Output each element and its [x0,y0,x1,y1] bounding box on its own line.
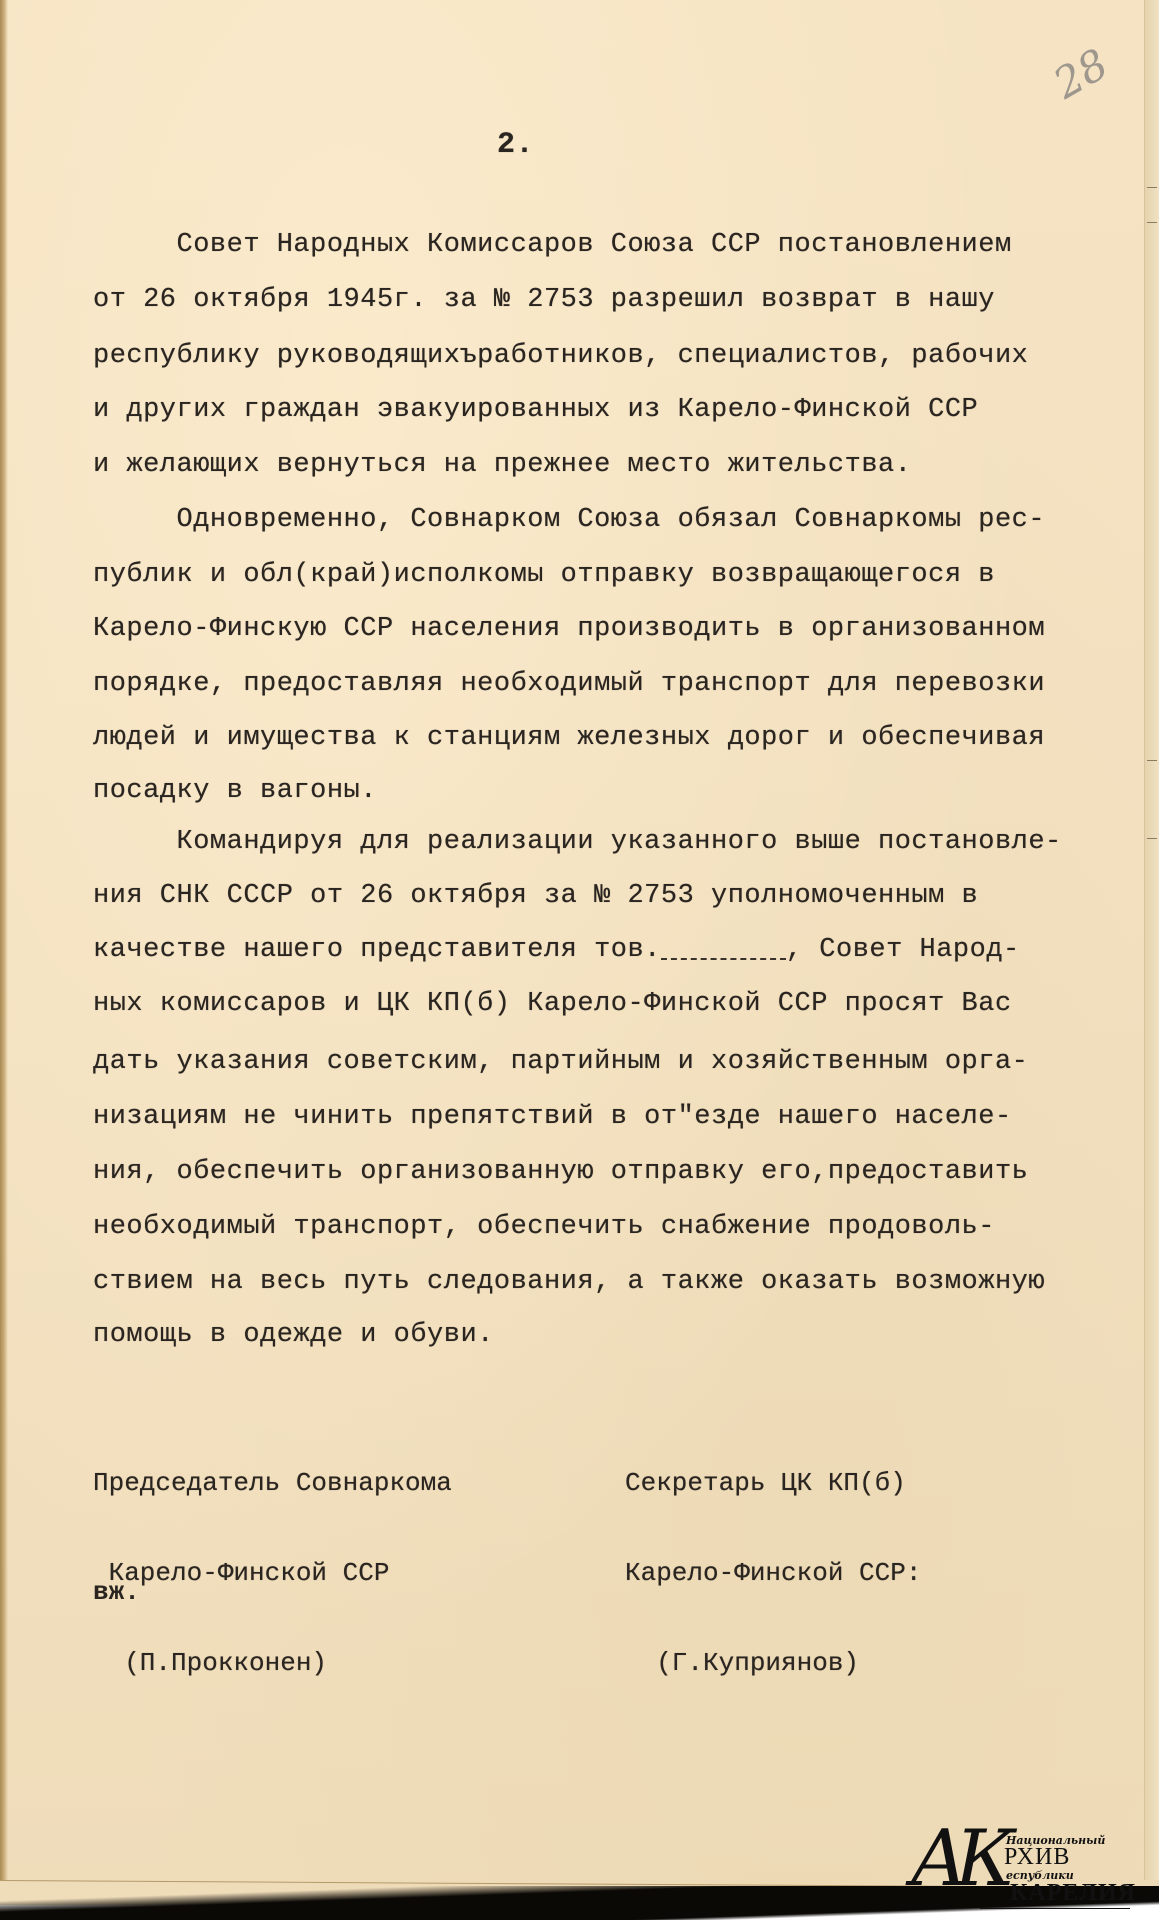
text-line: от 26 октября 1945г. за № 2753 разрешил … [93,280,1103,320]
signatory-name: (Г.Куприянов) [625,1648,921,1678]
logo-underline [980,1908,1130,1909]
text-line: Карело-Финскую ССР населения производить… [93,609,1103,649]
signatory-title: Секретарь ЦК КП(б) [625,1468,921,1498]
archive-monogram-icon: АК [910,1820,1001,1898]
text-line: необходимый транспорт, обеспечить снабже… [93,1207,1103,1247]
text-line: ния, обеспечить организованную отправку … [93,1152,1103,1192]
signatory-org: Карело-Финской ССР [93,1558,452,1588]
text-line: и других граждан эвакуированных из Карел… [93,390,1103,430]
binding-edge [0,0,8,1880]
text-line: ния СНК СССР от 26 октября за № 2753 упо… [93,876,1103,916]
page-number: 2. [497,128,534,162]
signatory-name: (П.Прокконен) [93,1648,452,1678]
signature-block-left: Председатель Совнаркома Карело-Финской С… [93,1408,452,1738]
text-line: порядке, предоставляя необходимый трансп… [93,664,1103,704]
edge-mark [1147,760,1157,761]
text-line: ствием на весь путь следования, а также … [93,1262,1103,1302]
signatory-title: Председатель Совнаркома [93,1468,452,1498]
text-line: и желающих вернуться на прежнее место жи… [93,445,1103,485]
text-line: публик и обл(край)исполкомы отправку воз… [93,555,1103,595]
edge-mark [1147,222,1157,223]
archive-watermark-logo: АК Национальный РХИВ еспублики КАРЕЛИЯ [910,1820,1150,1920]
text-fragment: качестве нашего представителя тов. [93,935,661,965]
text-line: республику руководящихъработников, специ… [93,336,1103,376]
edge-mark [1147,838,1157,839]
text-line: Одновременно, Совнарком Союза обязал Сов… [93,500,1103,540]
text-line: людей и имущества к станциям железных до… [93,718,1103,758]
logo-line-archive: РХИВ [1004,1844,1070,1871]
text-line-with-blank: качестве нашего представителя тов., Сове… [93,930,1103,970]
handwritten-folio-number: 28 [1045,41,1128,135]
blank-name-field [661,956,786,960]
document-page: 28 2. Совет Народных Комиссаров Союза СС… [0,0,1159,1905]
adjacent-page-edge [1144,0,1159,1880]
text-line: дать указания советским, партийным и хоз… [93,1042,1103,1082]
edge-mark [1147,187,1157,188]
text-line: помощь в одежде и обуви. [93,1315,1103,1355]
signature-block-right: Секретарь ЦК КП(б) Карело-Финской ССР: (… [625,1408,921,1738]
signatory-org: Карело-Финской ССР: [625,1558,921,1588]
text-line: ных комиссаров и ЦК КП(б) Карело-Финской… [93,984,1103,1024]
text-fragment: , Совет Народ- [786,935,1020,965]
typist-initials: вж. [93,1577,140,1607]
text-line: Командируя для реализации указанного выш… [93,822,1103,862]
text-line: посадку в вагоны. [93,771,1103,811]
logo-line-karelia: КАРЕЛИЯ [1010,1880,1136,1907]
text-line: Совет Народных Комиссаров Союза ССР пост… [93,225,1103,265]
text-line: низациям не чинить препятствий в от"езде… [93,1097,1103,1137]
